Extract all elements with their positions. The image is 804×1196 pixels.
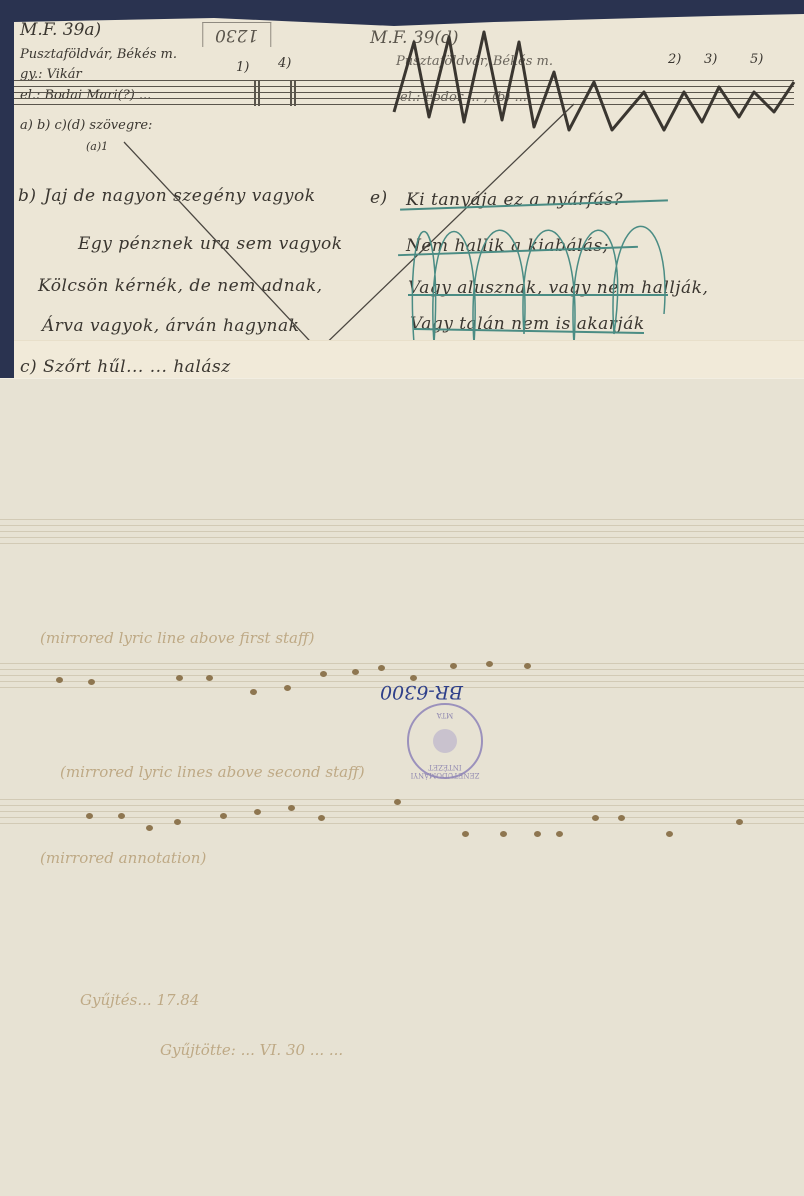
blank-staff-line xyxy=(0,525,804,526)
blank-staff-line xyxy=(0,537,804,538)
bleed-note xyxy=(206,675,213,681)
bleed-staff-line xyxy=(0,799,804,800)
blank-staff-line xyxy=(0,543,804,544)
stamp-text-top: ZENETUDOMÁNYI INTÉZET xyxy=(409,763,481,779)
bleed-note xyxy=(254,809,261,815)
bleed-note xyxy=(174,819,181,825)
bleed-date-line: Gyűjtés... 17.84 xyxy=(80,991,199,1009)
bleed-note xyxy=(462,831,469,837)
bleed-staff-line xyxy=(0,805,804,806)
bleed-note xyxy=(86,813,93,819)
bleed-note xyxy=(250,689,257,695)
middle-sheet-strip: c) Szőrt hűl... ... halász xyxy=(14,340,804,381)
bleed-lyric-line: (mirrored lyric line above first staff) xyxy=(40,629,314,647)
bleed-note xyxy=(524,663,531,669)
bleed-note xyxy=(318,815,325,821)
bleed-note xyxy=(88,679,95,685)
bleed-staff-line xyxy=(0,823,804,824)
bottom-manuscript-sheet: (mirrored lyric line above first staff) … xyxy=(0,378,804,1196)
bleed-note xyxy=(618,815,625,821)
top-manuscript-sheet: M.F. 39a) Pusztaföldvár, Békés m. gy.: V… xyxy=(14,14,804,384)
bleed-note xyxy=(320,671,327,677)
bleed-note xyxy=(534,831,541,837)
bleed-note xyxy=(56,677,63,683)
bleed-note xyxy=(352,669,359,675)
bleed-note xyxy=(736,819,743,825)
bleed-note xyxy=(500,831,507,837)
archive-stamp: ZENETUDOMÁNYI INTÉZET MTA xyxy=(407,703,483,779)
bleed-note xyxy=(378,665,385,671)
bleed-note xyxy=(118,813,125,819)
bleed-collector-line: Gyűjtötte: ... VI. 30 ... ... xyxy=(160,1041,343,1059)
archive-signature: BR-6300 xyxy=(380,681,463,703)
verse-c-partial: c) Szőrt hűl... ... halász xyxy=(20,357,231,377)
bleed-staff-line xyxy=(0,663,804,664)
verse-e-label: e) xyxy=(370,188,388,208)
bleed-note xyxy=(220,813,227,819)
bleed-note xyxy=(592,815,599,821)
bleed-staff-line xyxy=(0,675,804,676)
bleed-note xyxy=(486,661,493,667)
stamp-emblem-icon xyxy=(433,729,457,753)
blank-staff-line xyxy=(0,519,804,520)
blank-staff-line xyxy=(0,531,804,532)
bleed-note xyxy=(394,799,401,805)
bleed-note xyxy=(450,663,457,669)
bleed-note xyxy=(284,685,291,691)
bleed-annotation: (mirrored annotation) xyxy=(40,849,206,867)
bleed-note xyxy=(666,831,673,837)
stamp-text-bottom: MTA xyxy=(409,711,481,719)
bleed-lyric-line: (mirrored lyric lines above second staff… xyxy=(60,763,365,781)
bleed-note xyxy=(146,825,153,831)
bleed-note xyxy=(556,831,563,837)
teal-loop-crossout-icon xyxy=(404,184,704,354)
bleed-staff-line xyxy=(0,811,804,812)
bleed-note xyxy=(176,675,183,681)
bleed-note xyxy=(288,805,295,811)
bleed-staff-line xyxy=(0,669,804,670)
